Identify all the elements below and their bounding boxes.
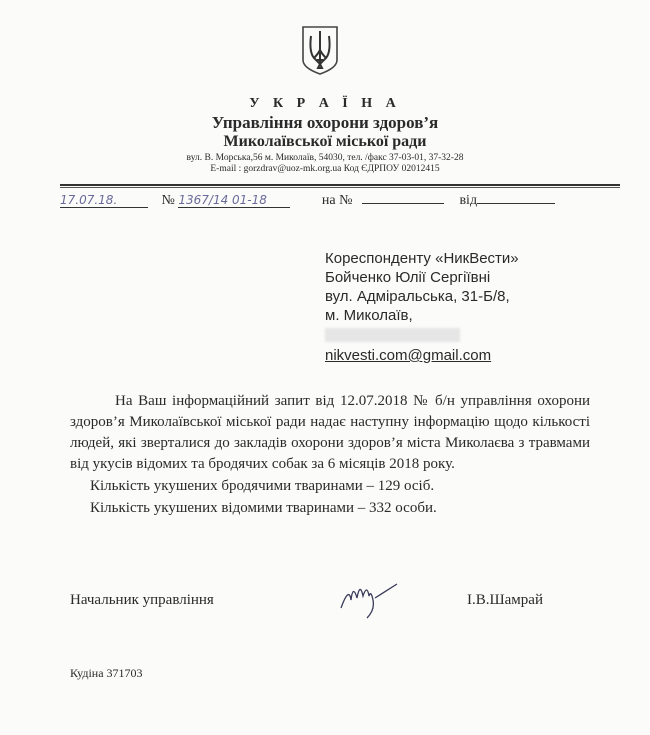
signatory-title: Начальник управління [70, 592, 214, 609]
stat-stray-animals: Кількість укушених бродячими тваринами –… [70, 475, 590, 497]
from-label: від [459, 193, 477, 208]
trident-coat-of-arms-icon [300, 24, 340, 76]
letterhead-contact: E-mail : gorzdrav@uoz-mk.org.ua Код ЄДРП… [0, 164, 650, 174]
header-divider [60, 184, 620, 186]
letterhead-address: вул. В. Морська,56 м. Миколаїв, 54030, т… [0, 153, 650, 163]
recipient-line: вул. Адміральська, 31-Б/8, [325, 287, 519, 306]
reply-to-label: на № [322, 193, 353, 208]
body-paragraph: На Ваш інформаційний запит від 12.07.201… [70, 391, 590, 475]
letterhead-organization: Управління охорони здоров’я [0, 113, 650, 133]
outgoing-number: 1367/14 01-18 [178, 193, 290, 208]
header-divider-thin [60, 187, 620, 188]
letter-body: На Ваш інформаційний запит від 12.07.201… [70, 391, 590, 519]
recipient-email: nikvesti.com@gmail.com [325, 346, 519, 365]
letterhead-country: У К Р А Ї Н А [0, 96, 650, 112]
executor-info: Кудіна 371703 [70, 666, 143, 681]
recipient-line: м. Миколаїв, [325, 306, 519, 325]
recipient-block: Кореспонденту «НикВести» Бойченко Юлії С… [325, 249, 519, 365]
reference-line: 17.07.18. № 1367/14 01-18 на № від [60, 193, 620, 213]
letterhead-council: Миколаївської міської ради [0, 133, 650, 151]
reply-to-field [362, 203, 444, 204]
redacted-area [325, 328, 460, 342]
number-label: № [162, 193, 175, 208]
from-field [477, 203, 555, 204]
recipient-line: Бойченко Юлії Сергіївні [325, 268, 519, 287]
signatory-name: І.В.Шамрай [467, 592, 543, 609]
stat-known-animals: Кількість укушених відомими тваринами – … [70, 497, 590, 519]
recipient-line: Кореспонденту «НикВести» [325, 249, 519, 268]
handwritten-signature [335, 578, 425, 624]
outgoing-date: 17.07.18. [60, 193, 148, 208]
